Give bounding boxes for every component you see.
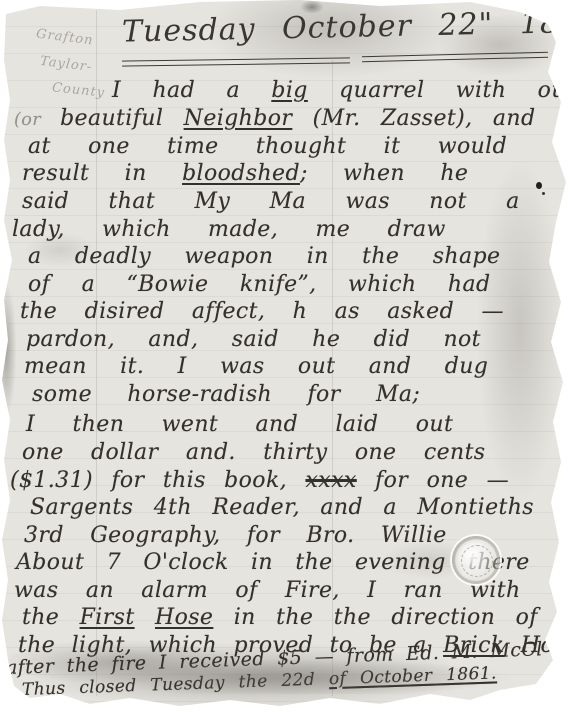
diary-line: said that My Ma was not a	[22, 189, 520, 214]
diary-text-segment: First	[80, 605, 135, 630]
diary-text-segment	[135, 605, 155, 630]
diary-text-segment: at one time thought it would	[28, 134, 507, 159]
diary-text-segment: result in	[22, 161, 182, 186]
diary-text-segment: said that My Ma was not a	[22, 189, 520, 214]
diary-text-segment: I had a	[112, 78, 271, 103]
diary-text-segment: of October 1861.	[329, 663, 498, 689]
diary-text-segment: in the the direction of	[213, 605, 538, 630]
diary-line: lady, which made, me draw	[12, 217, 446, 242]
margin-note: County	[51, 80, 105, 100]
diary-text-segment: lady, which made, me draw	[12, 217, 446, 242]
diary-text-segment: a deadly weapon in the shape	[28, 244, 500, 269]
diary-line: ($1.31) for this book, xxxx for one —	[10, 468, 509, 493]
diary-text-segment: for one —	[357, 468, 509, 493]
diary-text-segment: ($1.31) for this book,	[10, 468, 305, 493]
heading-double-underline-left	[122, 57, 350, 66]
paper-sheet: Tuesday October 22" 1861 GraftonTaylor-C…	[0, 0, 568, 716]
diary-text-segment: the	[22, 605, 80, 630]
diary-text-segment: some horse-radish for Ma;	[32, 382, 420, 407]
diary-line: 3rd Geography, for Bro. Willie	[24, 523, 447, 548]
diary-text-segment: Neighbor	[184, 106, 293, 131]
diary-text-segment: quarrel with our	[308, 78, 568, 103]
diary-line: result in bloodshed; when he	[22, 161, 468, 186]
diary-line: the disired affect, h as asked —	[20, 299, 504, 324]
diary-line: of a “Bowie knife”, which had	[28, 272, 490, 297]
diary-line: the First Hose in the the direction of	[22, 605, 538, 630]
diary-text-segment: pardon, and, said he did not	[26, 327, 481, 352]
diary-line: a deadly weapon in the shape	[28, 244, 500, 269]
diary-text-segment: xxxx	[305, 468, 356, 493]
diary-line: mean it. I was out and dug	[24, 354, 488, 379]
diary-line: pardon, and, said he did not	[26, 327, 481, 352]
diary-line: was an alarm of Fire, I ran with	[14, 578, 521, 603]
diary-text-segment: Hose	[155, 605, 213, 630]
diary-line: I had a big quarrel with our	[112, 78, 568, 103]
diary-text-segment: ; when he	[300, 161, 468, 186]
heading-double-underline-right	[362, 52, 548, 63]
diary-line: (or beautiful Neighbor (Mr. Zasset), and	[14, 106, 535, 131]
date-heading: Tuesday October 22" 1861	[122, 5, 563, 49]
scanned-diary-page: Tuesday October 22" 1861 GraftonTaylor-C…	[0, 0, 568, 716]
embossed-seal-inner-ring	[461, 545, 493, 577]
diary-text-segment: (or	[14, 110, 60, 130]
diary-text-segment: the disired affect, h as asked —	[20, 299, 504, 324]
diary-text-segment: Sargents 4th Reader, and a Montieths	[30, 495, 534, 520]
diary-text-segment: bloodshed	[182, 161, 300, 186]
margin-note: Grafton	[35, 27, 94, 49]
diary-line: one dollar and. thirty one cents	[22, 440, 486, 465]
diary-line: I then went and laid out	[26, 412, 453, 437]
diary-text-segment: was an alarm of Fire, I ran with	[14, 578, 521, 603]
diary-line: Sargents 4th Reader, and a Montieths	[30, 495, 534, 520]
diary-text-segment: mean it. I was out and dug	[24, 354, 488, 379]
diary-text-segment: I then went and laid out	[26, 412, 453, 437]
diary-line: some horse-radish for Ma;	[32, 382, 420, 407]
diary-text-segment: (Mr. Zasset), and	[292, 106, 535, 131]
ink-blot	[536, 182, 542, 189]
diary-text-segment: big	[271, 78, 307, 103]
margin-note: Taylor-	[39, 54, 93, 75]
diary-text-segment: of a “Bowie knife”, which had	[28, 272, 490, 297]
diary-text-segment: one dollar and. thirty one cents	[22, 440, 486, 465]
diary-text-segment: 3rd Geography, for Bro. Willie	[24, 523, 447, 548]
diary-text-segment: beautiful	[60, 106, 184, 131]
diary-line: at one time thought it would	[28, 134, 507, 159]
ink-blot-small	[542, 192, 545, 195]
embossed-seal	[452, 536, 500, 584]
